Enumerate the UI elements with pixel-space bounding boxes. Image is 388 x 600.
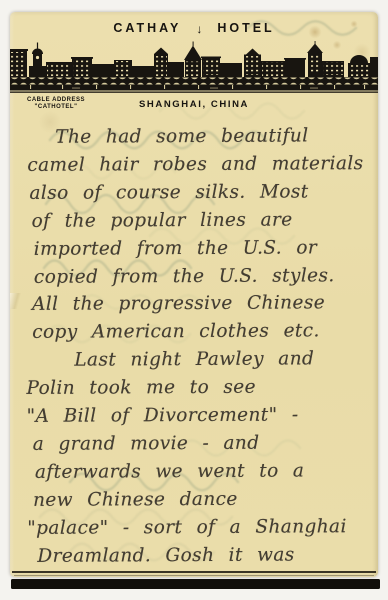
handwritten-line: The had some beautiful [55, 125, 308, 147]
handwritten-line: afterwards we went to a [35, 460, 304, 482]
bottom-edge-line-faint [14, 575, 374, 576]
handwritten-line: "A Bill of Divorcement" - [27, 404, 299, 426]
handwritten-line: copied from the U.S. styles. [34, 265, 335, 288]
handwritten-line: Last night Pawley and [74, 348, 314, 370]
letter-body: The had some beautiful camel hair robes … [9, 11, 380, 578]
paper-crease [10, 293, 21, 309]
letter-paper: CATHAY ↓ HOTEL [10, 12, 378, 577]
handwritten-line: also of course silks. Most [29, 181, 308, 203]
handwritten-line: All the progressive Chinese [32, 292, 325, 315]
scanned-letter-page: CATHAY ↓ HOTEL [0, 0, 388, 600]
handwritten-line: copy American clothes etc. [32, 320, 320, 343]
handwritten-line: camel hair robes and materials [27, 153, 363, 176]
dark-backing-bar [11, 579, 380, 589]
handwritten-line: "palace" - sort of a Shanghai [27, 516, 347, 539]
handwritten-line: Polin took me to see [26, 377, 256, 399]
bottom-edge-line [12, 571, 376, 573]
handwritten-line: Dreamland. Gosh it was [37, 544, 294, 566]
handwritten-line: a grand movie - and [33, 433, 260, 455]
handwritten-line: of the popular lines are [32, 209, 293, 231]
handwritten-line: new Chinese dance [33, 489, 238, 511]
handwritten-line: imported from the U.S. or [34, 237, 317, 259]
